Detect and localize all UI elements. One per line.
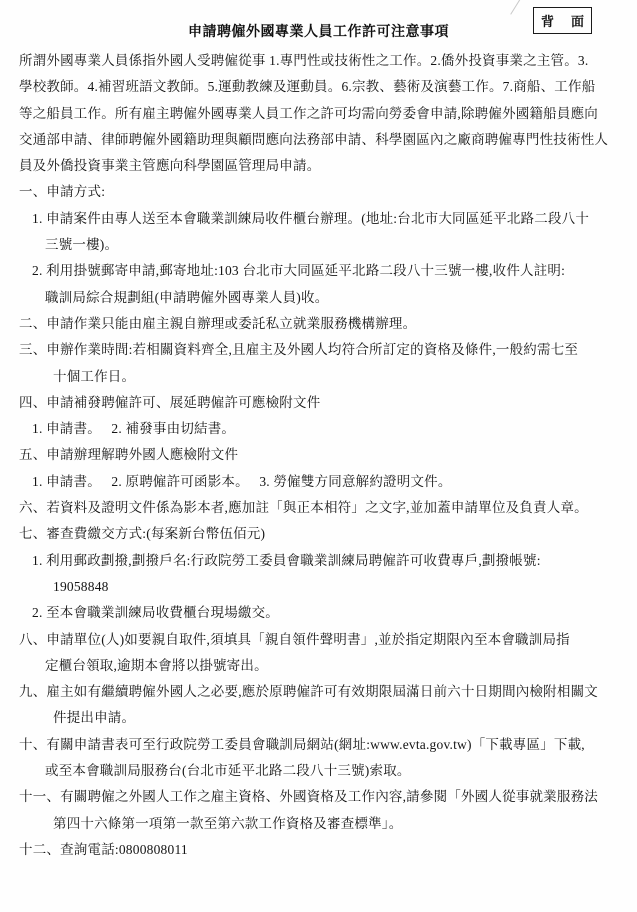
item-4-heading: 四、申請補發聘僱許可、展延聘僱許可應檢附文件	[19, 390, 625, 416]
item-9-cont: 件提出申請。	[53, 705, 625, 731]
item-7-heading: 七、審查費繳交方式:(每案新台幣伍佰元)	[19, 521, 625, 547]
item-8-cont: 定櫃台領取,逾期本會將以掛號寄出。	[45, 653, 625, 679]
item-1-sub-2-cont: 職訓局綜合規劃組(申請聘僱外國專業人員)收。	[45, 285, 625, 311]
item-2: 二、申請作業只能由雇主親自辦理或委託私立就業服務機構辦理。	[19, 311, 625, 337]
postal-account-number: 19058848	[53, 574, 625, 600]
item-11: 十一、有關聘僱之外國人工作之雇主資格、外國資格及工作內容,請參閱「外國人從事就業…	[19, 784, 625, 810]
item-9: 九、雇主如有繼續聘僱外國人之必要,應於原聘僱許可有效期限屆滿日前六十日期間內檢附…	[19, 679, 625, 705]
item-4-subs: 1. 申請書。 2. 補發事由切結書。	[32, 416, 625, 442]
item-10-cont: 或至本會職訓局服務台(台北市延平北路二段八十三號)索取。	[45, 758, 625, 784]
item-7-sub-2: 2. 至本會職業訓練局收費櫃台現場繳交。	[32, 600, 625, 626]
intro-line: 學校教師。4.補習班語文教師。5.運動教練及運動員。6.宗教、藝術及演藝工作。7…	[19, 74, 625, 100]
item-12-inquiry-phone: 十二、查詢電話:0800808011	[19, 837, 625, 863]
notice-body: 所謂外國專業人員係指外國人受聘僱從事 1.專門性或技術性之工作。2.僑外投資事業…	[0, 48, 637, 863]
item-1-sub-1: 1. 申請案件由專人送至本會職業訓練局收件櫃台辦理。(地址:台北市大同區延平北路…	[32, 206, 625, 232]
item-10: 十、有關申請書表可至行政院勞工委員會職訓局網站(網址:www.evta.gov.…	[19, 732, 625, 758]
item-8: 八、申請單位(人)如要親自取件,須填具「親自領件聲明書」,並於指定期限內至本會職…	[19, 627, 625, 653]
item-3: 三、申辦作業時間:若相關資料齊全,且雇主及外國人均符合所訂定的資格及條件,一般約…	[19, 337, 625, 363]
item-6: 六、若資料及證明文件係為影本者,應加註「與正本相符」之文字,並加蓋申請單位及負責…	[19, 495, 625, 521]
item-1-sub-2: 2. 利用掛號郵寄申請,郵寄地址:103 台北市大同區延平北路二段八十三號一樓,…	[32, 258, 625, 284]
item-3-cont: 十個工作日。	[53, 364, 625, 390]
intro-line: 所謂外國專業人員係指外國人受聘僱從事 1.專門性或技術性之工作。2.僑外投資事業…	[19, 48, 625, 74]
item-1-sub-1-cont: 三號一樓)。	[45, 232, 625, 258]
scanned-document-page: 背 面 申請聘僱外國專業人員工作許可注意事項 所謂外國專業人員係指外國人受聘僱從…	[0, 0, 637, 912]
item-11-cont: 第四十六條第一項第一款至第六款工作資格及審查標準」。	[53, 811, 625, 837]
item-1-heading: 一、申請方式:	[19, 179, 625, 205]
item-5-subs: 1. 申請書。 2. 原聘僱許可函影本。 3. 勞僱雙方同意解約證明文件。	[32, 469, 625, 495]
intro-line: 交通部申請、律師聘僱外國籍助理與顧問應向法務部申請、科學園區內之廠商聘僱專門性技…	[19, 127, 625, 153]
intro-line: 等之船員工作。所有雇主聘僱外國專業人員工作之許可均需向勞委會申請,除聘僱外國籍船…	[19, 101, 625, 127]
intro-line: 員及外僑投資事業主管應向科學園區管理局申請。	[19, 153, 625, 179]
item-5-heading: 五、申請辦理解聘外國人應檢附文件	[19, 442, 625, 468]
item-7-sub-1: 1. 利用郵政劃撥,劃撥戶名:行政院勞工委員會職業訓練局聘僱許可收費專戶,劃撥帳…	[32, 548, 625, 574]
back-side-stamp-label: 背 面	[541, 11, 586, 30]
back-side-stamp: 背 面	[533, 7, 592, 34]
